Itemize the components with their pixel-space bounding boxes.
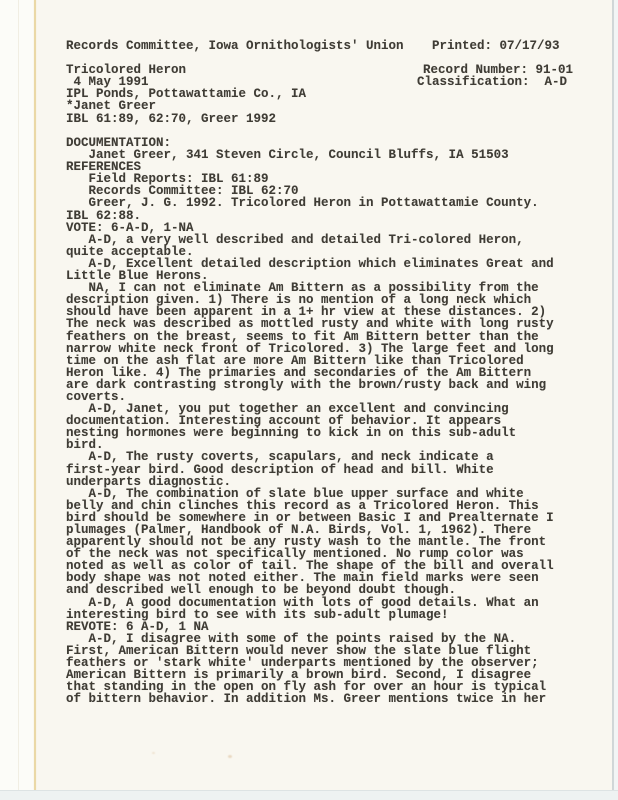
printed-date: Printed: 07/17/93 — [432, 40, 560, 52]
scan-speck — [228, 755, 232, 758]
left-page-edge-line — [34, 0, 36, 790]
scan-speck — [152, 752, 155, 754]
references-short: IBL 61:89, 62:70, Greer 1992 — [66, 113, 276, 125]
committee-title: Records Committee, Iowa Ornithologists' … — [66, 40, 404, 52]
right-scan-margin — [614, 0, 618, 800]
left-crease-line — [18, 0, 19, 790]
classification: Classification: A-D — [417, 76, 567, 88]
document-body-text: DOCUMENTATION: Janet Greer, 341 Steven C… — [66, 137, 554, 705]
bottom-scan-margin — [0, 790, 618, 800]
observer-name: *Janet Greer — [66, 100, 156, 112]
scanned-document-page: Records Committee, Iowa Ornithologists' … — [0, 0, 618, 800]
